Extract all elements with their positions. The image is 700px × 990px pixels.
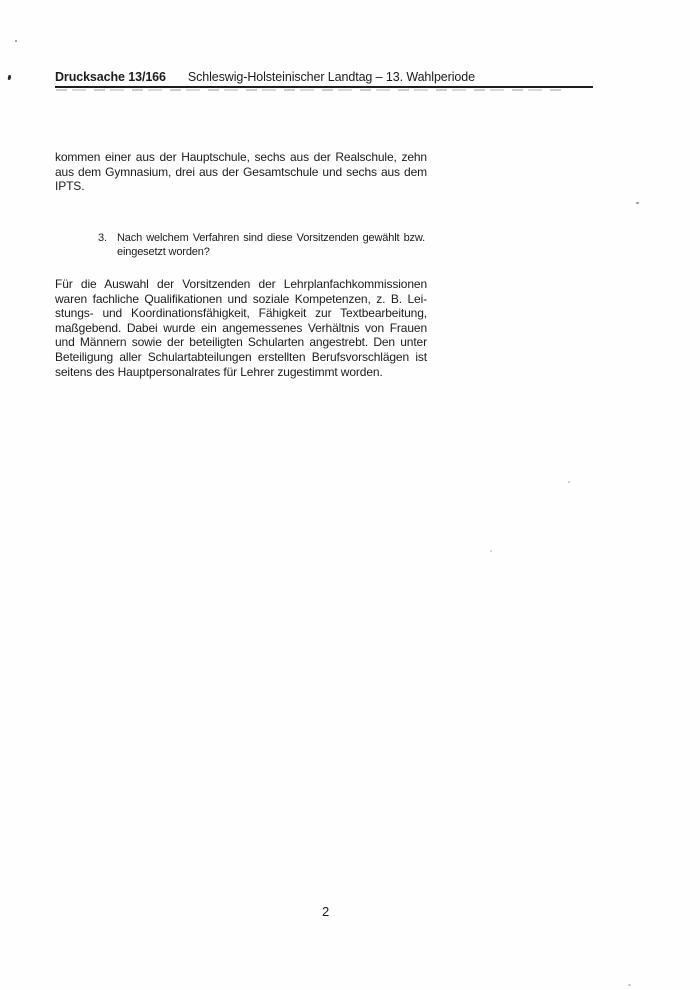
scanned-document-page: Drucksache 13/166 Schleswig-Holsteinisch… <box>0 0 700 990</box>
scan-speck <box>636 202 639 204</box>
paragraph-answer-selection-process: Für die Auswahl der Vorsitzenden der Leh… <box>55 277 427 379</box>
text-line: Nach welchem Verfahren sind diese Vorsit… <box>117 231 425 245</box>
document-id: Drucksache 13/166 <box>55 70 166 84</box>
question-text: Nach welchem Verfahren sind diese Vorsit… <box>117 231 425 259</box>
text-line: aus dem Gymnasium, drei aus der Gesamtsc… <box>55 165 427 180</box>
text-line: stungs- und Koordinationsfähigkeit, Fähi… <box>55 306 427 321</box>
question-number: 3. <box>98 231 110 245</box>
scan-speck <box>490 550 492 552</box>
scan-speck <box>15 40 17 42</box>
text-line: maßgebend. Dabei wurde ein angemessenes … <box>55 321 427 336</box>
scan-speck <box>8 75 12 81</box>
text-line: kommen einer aus der Hauptschule, sechs … <box>55 150 427 165</box>
text-line: Für die Auswahl der Vorsitzenden der Leh… <box>55 277 427 292</box>
text-line: und Männern sowie der beteiligten Schula… <box>55 335 427 350</box>
scan-speck <box>568 481 570 483</box>
paragraph-commission-members: kommen einer aus der Hauptschule, sechs … <box>55 150 427 194</box>
text-line: seitens des Hauptpersonalrates für Lehre… <box>55 365 427 380</box>
text-line: eingesetzt worden? <box>117 245 425 259</box>
text-line: IPTS. <box>55 179 427 194</box>
text-line: Beteiligung aller Schulartabteilungen er… <box>55 350 427 365</box>
scan-speck <box>628 984 631 986</box>
header-rule <box>55 86 593 88</box>
page-header: Drucksache 13/166 Schleswig-Holsteinisch… <box>55 70 475 84</box>
parliament-title: Schleswig-Holsteinischer Landtag – 13. W… <box>188 70 475 84</box>
text-line: waren fachliche Qualifikationen und sozi… <box>55 292 427 307</box>
header-rule-scan-ghost <box>56 89 561 91</box>
page-number: 2 <box>322 904 329 919</box>
question-3: 3. Nach welchem Verfahren sind diese Vor… <box>98 231 425 259</box>
